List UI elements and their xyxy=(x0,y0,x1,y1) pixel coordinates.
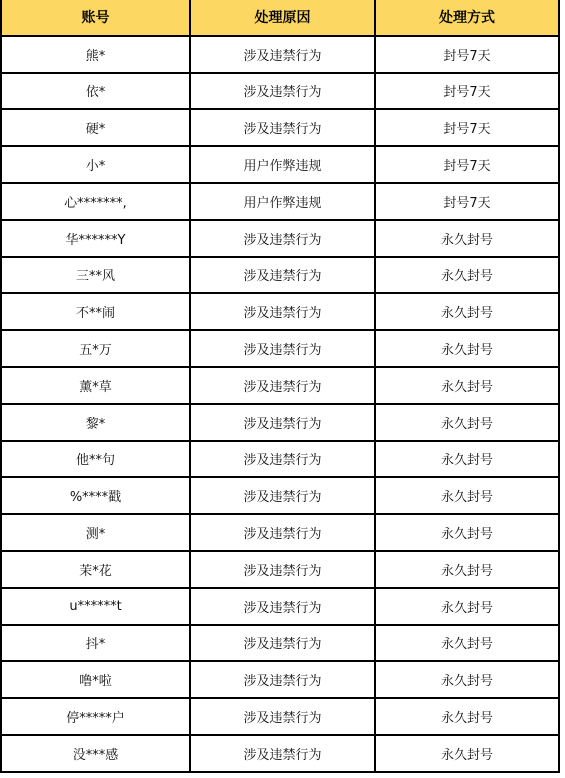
account-cell: 依* xyxy=(1,73,190,110)
reason-cell: 涉及违禁行为 xyxy=(190,36,375,73)
header-account: 账号 xyxy=(1,0,190,36)
action-cell: 永久封号 xyxy=(375,514,559,551)
table-row: 茉*花涉及违禁行为永久封号 xyxy=(1,551,559,588)
action-cell: 永久封号 xyxy=(375,441,559,478)
account-cell: 华******Y xyxy=(1,220,190,257)
table-row: 不**闹涉及违禁行为永久封号 xyxy=(1,293,559,330)
action-cell: 永久封号 xyxy=(375,257,559,294)
account-cell: 五*万 xyxy=(1,330,190,367)
table-body: 熊*涉及违禁行为封号7天依*涉及违禁行为封号7天硬*涉及违禁行为封号7天小*用户… xyxy=(1,36,559,772)
action-cell: 永久封号 xyxy=(375,625,559,662)
action-cell: 封号7天 xyxy=(375,146,559,183)
action-cell: 永久封号 xyxy=(375,735,559,772)
action-cell: 永久封号 xyxy=(375,477,559,514)
account-cell: 停*****户 xyxy=(1,698,190,735)
reason-cell: 涉及违禁行为 xyxy=(190,625,375,662)
reason-cell: 涉及违禁行为 xyxy=(190,330,375,367)
header-row: 账号 处理原因 处理方式 xyxy=(1,0,559,36)
reason-cell: 涉及违禁行为 xyxy=(190,735,375,772)
account-cell: 没***感 xyxy=(1,735,190,772)
action-cell: 永久封号 xyxy=(375,588,559,625)
action-cell: 永久封号 xyxy=(375,367,559,404)
reason-cell: 涉及违禁行为 xyxy=(190,293,375,330)
account-cell: 小* xyxy=(1,146,190,183)
table-row: %****戳涉及违禁行为永久封号 xyxy=(1,477,559,514)
table-row: 硬*涉及违禁行为封号7天 xyxy=(1,109,559,146)
reason-cell: 涉及违禁行为 xyxy=(190,257,375,294)
reason-cell: 涉及违禁行为 xyxy=(190,109,375,146)
action-cell: 永久封号 xyxy=(375,661,559,698)
account-cell: 三**风 xyxy=(1,257,190,294)
action-cell: 永久封号 xyxy=(375,220,559,257)
account-cell: 硬* xyxy=(1,109,190,146)
table-row: 噜*啦涉及违禁行为永久封号 xyxy=(1,661,559,698)
account-cell: 不**闹 xyxy=(1,293,190,330)
account-cell: 熊* xyxy=(1,36,190,73)
action-cell: 封号7天 xyxy=(375,183,559,220)
account-cell: 黎* xyxy=(1,404,190,441)
action-cell: 永久封号 xyxy=(375,330,559,367)
reason-cell: 用户作弊违规 xyxy=(190,146,375,183)
table-row: 他**句涉及违禁行为永久封号 xyxy=(1,441,559,478)
reason-cell: 涉及违禁行为 xyxy=(190,588,375,625)
reason-cell: 涉及违禁行为 xyxy=(190,661,375,698)
action-cell: 永久封号 xyxy=(375,404,559,441)
header-action: 处理方式 xyxy=(375,0,559,36)
action-cell: 永久封号 xyxy=(375,698,559,735)
table-row: 熊*涉及违禁行为封号7天 xyxy=(1,36,559,73)
reason-cell: 涉及违禁行为 xyxy=(190,73,375,110)
account-cell: 噜*啦 xyxy=(1,661,190,698)
action-cell: 永久封号 xyxy=(375,293,559,330)
header-reason: 处理原因 xyxy=(190,0,375,36)
action-cell: 封号7天 xyxy=(375,109,559,146)
reason-cell: 涉及违禁行为 xyxy=(190,367,375,404)
table-row: 心*******,用户作弊违规封号7天 xyxy=(1,183,559,220)
reason-cell: 涉及违禁行为 xyxy=(190,477,375,514)
table-row: 没***感涉及违禁行为永久封号 xyxy=(1,735,559,772)
table-row: 停*****户涉及违禁行为永久封号 xyxy=(1,698,559,735)
reason-cell: 涉及违禁行为 xyxy=(190,404,375,441)
reason-cell: 用户作弊违规 xyxy=(190,183,375,220)
action-cell: 封号7天 xyxy=(375,36,559,73)
action-cell: 永久封号 xyxy=(375,551,559,588)
table-row: 三**风涉及违禁行为永久封号 xyxy=(1,257,559,294)
reason-cell: 涉及违禁行为 xyxy=(190,514,375,551)
table-row: 抖*涉及违禁行为永久封号 xyxy=(1,625,559,662)
ban-list-table: 账号 处理原因 处理方式 熊*涉及违禁行为封号7天依*涉及违禁行为封号7天硬*涉… xyxy=(0,0,560,773)
account-cell: 抖* xyxy=(1,625,190,662)
account-cell: u******t xyxy=(1,588,190,625)
table-row: 测*涉及违禁行为永久封号 xyxy=(1,514,559,551)
reason-cell: 涉及违禁行为 xyxy=(190,220,375,257)
reason-cell: 涉及违禁行为 xyxy=(190,441,375,478)
account-cell: 薰*草 xyxy=(1,367,190,404)
reason-cell: 涉及违禁行为 xyxy=(190,551,375,588)
action-cell: 封号7天 xyxy=(375,73,559,110)
account-cell: 心*******, xyxy=(1,183,190,220)
account-cell: 茉*花 xyxy=(1,551,190,588)
reason-cell: 涉及违禁行为 xyxy=(190,698,375,735)
account-cell: 测* xyxy=(1,514,190,551)
table-row: 薰*草涉及违禁行为永久封号 xyxy=(1,367,559,404)
account-cell: 他**句 xyxy=(1,441,190,478)
table-row: 依*涉及违禁行为封号7天 xyxy=(1,73,559,110)
table-row: 小*用户作弊违规封号7天 xyxy=(1,146,559,183)
table-header: 账号 处理原因 处理方式 xyxy=(1,0,559,36)
table-row: u******t涉及违禁行为永久封号 xyxy=(1,588,559,625)
table-row: 华******Y涉及违禁行为永久封号 xyxy=(1,220,559,257)
table-row: 黎*涉及违禁行为永久封号 xyxy=(1,404,559,441)
table-row: 五*万涉及违禁行为永久封号 xyxy=(1,330,559,367)
account-cell: %****戳 xyxy=(1,477,190,514)
